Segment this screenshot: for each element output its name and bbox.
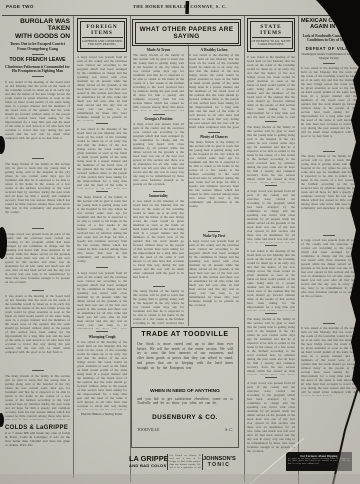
separator	[32, 158, 44, 159]
toodville-ad-title: TRADE AT TOODVILLE	[137, 331, 233, 338]
body-text: It was stated at the meeting of the boar…	[5, 80, 70, 156]
separator	[323, 235, 335, 236]
article-minihead: Plenty of Chances	[189, 135, 239, 139]
toodville-ad-state: S. C.	[225, 427, 233, 432]
ink-blob	[0, 413, 4, 427]
body-text: The many friends of the family in this s…	[5, 162, 70, 226]
column-6: MEXICAN CAPITAL AGAIN IN STRAIT Lack of …	[301, 18, 357, 450]
body-text: It was stated at the meeting of the boar…	[301, 66, 357, 148]
article-headline: BURGLAR WAS TAKEN	[5, 18, 70, 33]
separator	[96, 331, 108, 332]
separator	[153, 114, 165, 115]
separator	[153, 191, 165, 192]
state-items-subtitle: OF INTEREST TO ALL SOUTH CAROLINA PEOPLE	[252, 40, 291, 47]
body-text: A large crowd was present from all parts…	[5, 232, 70, 288]
newspaper-page: PAGE TWO THE HORRY HERALD, CONWAY, S. C.…	[0, 0, 360, 484]
separator	[265, 185, 277, 186]
article-last-line: Electric Bitters a Spring Tonic.	[77, 412, 127, 416]
toodville-ad-body2: and you fail to get satisfaction elsewhe…	[137, 397, 233, 407]
article-deck: Turns Out to be Escaped Convict From Ora…	[5, 42, 70, 51]
body-text: The many friends of the family in this s…	[77, 195, 127, 265]
separator	[32, 76, 44, 77]
body-text: It was stated at the meeting of the boar…	[247, 249, 295, 311]
article-headline: WITH GOODS ON	[5, 33, 70, 40]
body-text: The many friends of the family in this s…	[133, 289, 184, 325]
other-papers-title: WHAT OTHER PAPERS ARE SAYING	[137, 26, 237, 40]
grippe-ad: LA GRIPPE AND BAD COLDS Get Posted on Li…	[129, 451, 235, 472]
article-deck: Charleston Policeman is Commended for Hi…	[5, 65, 70, 74]
article-minihead: A Healthy Lichen	[189, 48, 239, 52]
dipping-notice-ad: For Farmers About Dipping all cattle in …	[286, 452, 352, 471]
separator	[208, 132, 220, 133]
body-text: A large crowd was present from all parts…	[247, 189, 295, 243]
mexico-deck2: Washington Awaits Confirmation of Allege…	[301, 53, 357, 60]
separator	[265, 245, 277, 246]
separator	[32, 228, 44, 229]
grippe-ad-line1: LA GRIPPE	[129, 455, 167, 463]
toodville-ad: TRADE AT TOODVILLE Our Stock is more var…	[131, 327, 239, 448]
column-3: Made At Tryon The many friends of the fa…	[133, 47, 184, 325]
page-number-label: PAGE TWO	[6, 4, 34, 9]
colds-ad-title: COLDS & LaGRIPPE	[5, 425, 70, 431]
article-minihead: Immortality	[133, 194, 184, 198]
separator	[32, 370, 44, 371]
body-text: It was stated at the meeting of the boar…	[247, 55, 295, 119]
body-text: It was stated at the meeting of the boar…	[77, 340, 127, 410]
body-text: A large crowd was present from all parts…	[247, 381, 295, 455]
body-text: It was stated at the meeting of the boar…	[189, 53, 239, 129]
article-minihead: Made At Tryon	[133, 48, 184, 52]
separator	[32, 54, 44, 55]
body-text: It was stated at the meeting of the boar…	[301, 326, 357, 396]
column-2: FOREIGN ITEMS GATHERED AND CONDENSED FOR…	[77, 18, 127, 444]
toodville-ad-firm: DUSENBURY & CO.	[137, 414, 233, 421]
separator	[208, 231, 220, 232]
body-text: It was stated at the meeting of the boar…	[5, 294, 70, 368]
foreign-items-box: FOREIGN ITEMS GATHERED AND CONDENSED FOR…	[77, 18, 127, 52]
separator	[96, 123, 108, 124]
column-1: BURGLAR WAS TAKEN WITH GOODS ON Turns Ou…	[5, 18, 70, 478]
body-text: A large crowd was present from all parts…	[133, 122, 184, 188]
body-text: A large crowd was present from all parts…	[77, 55, 127, 121]
body-text: A large crowd was present from all parts…	[301, 238, 357, 320]
colds-ad-body: 6 or 7 doses 666 will break any case of …	[5, 432, 70, 451]
masthead: THE HORRY HERALD, CONWAY, S. C.	[110, 4, 250, 9]
column-4: A Healthy Lichen It was stated at the me…	[189, 47, 239, 325]
separator	[153, 286, 165, 287]
body-text: The many friends of the family in this s…	[5, 374, 70, 420]
column-rule	[73, 16, 74, 478]
body-text: It was stated at the meeting of the boar…	[133, 199, 184, 283]
body-text: The many friends of the family in this s…	[247, 317, 295, 375]
column-rule	[298, 16, 299, 484]
mexico-headline2: AGAIN IN STRAIT	[301, 24, 357, 30]
article-subhead: TOOK FRENCH LEAVE	[5, 57, 70, 63]
column-5: STATE ITEMS OF INTEREST TO ALL SOUTH CAR…	[247, 18, 295, 456]
dipping-notice-body: all cattle in the above named townships …	[288, 458, 350, 468]
body-text: A large crowd was present from all parts…	[77, 271, 127, 329]
separator	[96, 267, 108, 268]
header-rule	[2, 15, 356, 16]
body-text: The many friends of the family in this s…	[189, 140, 239, 228]
state-items-title: STATE ITEMS	[252, 24, 291, 39]
separator	[265, 377, 277, 378]
mexico-deck: Lack of Foodstuffs Causes Serious Condit…	[301, 34, 357, 42]
other-papers-box: WHAT OTHER PAPERS ARE SAYING	[132, 19, 241, 46]
body-text: The many friends of the family in this s…	[247, 125, 295, 183]
grippe-ad-brand: JOHNSON'S	[203, 456, 235, 462]
grippe-ad-fine-print: Get Posted on Liberty. It will cure a ca…	[167, 454, 203, 470]
body-text: The many friends of the family in this s…	[301, 154, 357, 232]
separator	[265, 121, 277, 122]
mexico-subhead: DEFEAT OF VILLA	[301, 46, 357, 51]
separator	[323, 323, 335, 324]
foreign-items-title: FOREIGN ITEMS	[82, 24, 123, 39]
separator	[323, 151, 335, 152]
article-minihead: Georgia's Position	[133, 117, 184, 121]
grippe-ad-line2: AND BAD COLDS	[129, 463, 167, 468]
separator	[265, 313, 277, 314]
separator	[32, 290, 44, 291]
article-minihead: Whooping Cough	[77, 335, 127, 339]
separator	[323, 63, 335, 64]
separator	[96, 191, 108, 192]
article-minihead: Wake Up First	[189, 234, 239, 238]
toodville-ad-place: TOODVILLE	[137, 427, 160, 432]
body-text: The many friends of the family in this s…	[133, 53, 184, 111]
state-items-box: STATE ITEMS OF INTEREST TO ALL SOUTH CAR…	[247, 18, 295, 52]
body-text: It was stated at the meeting of the boar…	[77, 127, 127, 189]
grippe-ad-product: TONIC	[203, 462, 235, 468]
toodville-ad-body: Our Stock is more varied and up to date …	[137, 342, 233, 384]
foreign-items-subtitle: GATHERED AND CONDENSED FOR EASY READING	[82, 40, 123, 47]
column-rule	[244, 16, 245, 482]
body-text: A large crowd was present from all parts…	[189, 239, 239, 319]
toodville-ad-subtitle: WHEN IN NEED OF ANYTHING	[137, 389, 233, 394]
